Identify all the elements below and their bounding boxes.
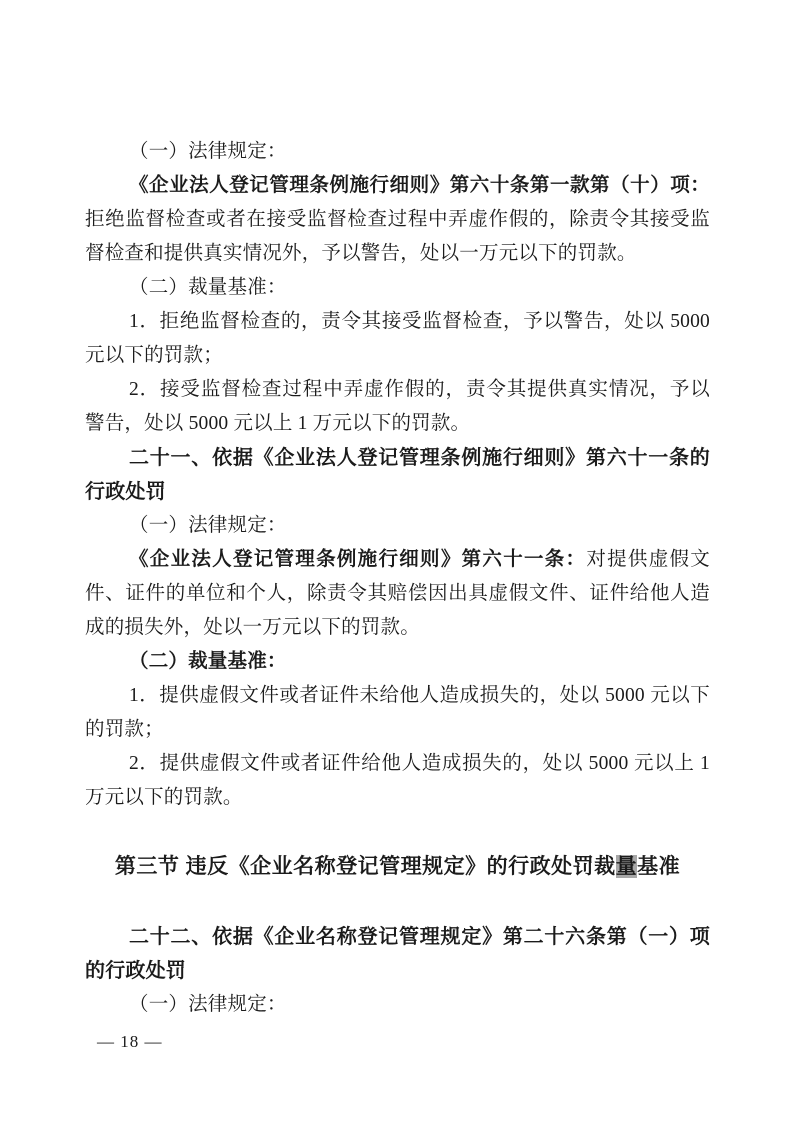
- legal-provision-label-3: （一）法律规定：: [85, 988, 710, 1022]
- benchmark-2-item-2: 2．提供虚假文件或者证件给他人造成损失的，处以 5000 元以上 1 万元以下的…: [85, 747, 710, 815]
- text-run: （一）法律规定：: [129, 994, 287, 1015]
- legal-provision-label-1: （一）法律规定：: [85, 135, 710, 169]
- heading-22: 二十二、依据《企业名称登记管理规定》第二十六条第（一）项的行政处罚: [85, 920, 710, 988]
- text-run: （一）法律规定：: [129, 141, 287, 162]
- benchmark-2-item-1: 1．提供虚假文件或者证件未给他人造成损失的，处以 5000 元以下的罚款；: [85, 679, 710, 747]
- benchmark-label-2: （二）裁量基准：: [85, 645, 710, 679]
- page-number: — 18 —: [97, 1031, 163, 1053]
- text-run: 1．拒绝监督检查的，责令其接受监督检查，予以警告，处以 5000 元以下的罚款；: [85, 311, 710, 366]
- text-run: （二）裁量基准：: [129, 651, 287, 672]
- heading-text: 二十二、依据《企业名称登记管理规定》第二十六条第（一）项的行政处罚: [85, 926, 710, 982]
- document-page: （一）法律规定： 《企业法人登记管理条例施行细则》第六十条第一款第（十）项：拒绝…: [0, 0, 793, 1122]
- section-title-text: 第三节 违反《企业名称登记管理规定》的行政处罚裁: [115, 855, 616, 878]
- highlighted-character: 量: [616, 855, 638, 878]
- document-body: （一）法律规定： 《企业法人登记管理条例施行细则》第六十条第一款第（十）项：拒绝…: [85, 135, 710, 1022]
- text-run: 2．接受监督检查过程中弄虚作假的，责令其提供真实情况，予以警告，处以 5000 …: [85, 379, 710, 434]
- section-3-title: 第三节 违反《企业名称登记管理规定》的行政处罚裁量基准: [85, 850, 710, 884]
- heading-21: 二十一、依据《企业法人登记管理条例施行细则》第六十一条的行政处罚: [85, 441, 710, 509]
- text-run: 1．提供虚假文件或者证件未给他人造成损失的，处以 5000 元以下的罚款；: [85, 685, 710, 740]
- benchmark-1-item-1: 1．拒绝监督检查的，责令其接受监督检查，予以警告，处以 5000 元以下的罚款；: [85, 305, 710, 373]
- heading-text: 二十一、依据《企业法人登记管理条例施行细则》第六十一条的行政处罚: [85, 447, 710, 503]
- text-run: 2．提供虚假文件或者证件给他人造成损失的，处以 5000 元以上 1 万元以下的…: [85, 753, 710, 808]
- benchmark-label-1: （二）裁量基准：: [85, 271, 710, 305]
- statute-citation: 《企业法人登记管理条例施行细则》第六十一条：: [129, 549, 586, 570]
- benchmark-1-item-2: 2．接受监督检查过程中弄虚作假的，责令其提供真实情况，予以警告，处以 5000 …: [85, 373, 710, 441]
- text-run: （一）法律规定：: [129, 515, 287, 536]
- text-run: 拒绝监督检查或者在接受监督检查过程中弄虚作假的，除责令其接受监督检查和提供真实情…: [85, 209, 710, 264]
- legal-provision-label-2: （一）法律规定：: [85, 509, 710, 543]
- text-run: （二）裁量基准：: [129, 277, 287, 298]
- statute-citation: 《企业法人登记管理条例施行细则》第六十条第一款第（十）项：: [129, 175, 710, 196]
- article-60-provision: 《企业法人登记管理条例施行细则》第六十条第一款第（十）项：拒绝监督检查或者在接受…: [85, 169, 710, 271]
- section-title-text: 基准: [637, 855, 680, 878]
- article-61-provision: 《企业法人登记管理条例施行细则》第六十一条：对提供虚假文件、证件的单位和个人，除…: [85, 543, 710, 645]
